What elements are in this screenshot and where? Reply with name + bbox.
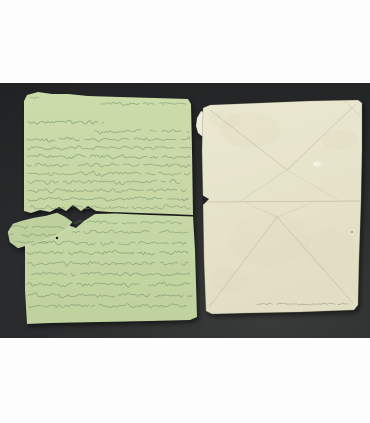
age-stain xyxy=(210,268,250,292)
age-stain xyxy=(209,111,241,129)
photograph xyxy=(0,83,370,338)
letter-top-piece xyxy=(24,92,193,215)
age-stain xyxy=(304,230,356,270)
age-stain xyxy=(230,214,310,266)
letter xyxy=(8,92,197,324)
letter-hole-in-paper xyxy=(56,237,58,239)
envelope-white-patch xyxy=(313,162,321,167)
photo-svg xyxy=(0,83,370,338)
age-stain xyxy=(322,130,358,150)
envelope xyxy=(196,100,362,314)
envelope-age-speck xyxy=(351,231,353,233)
